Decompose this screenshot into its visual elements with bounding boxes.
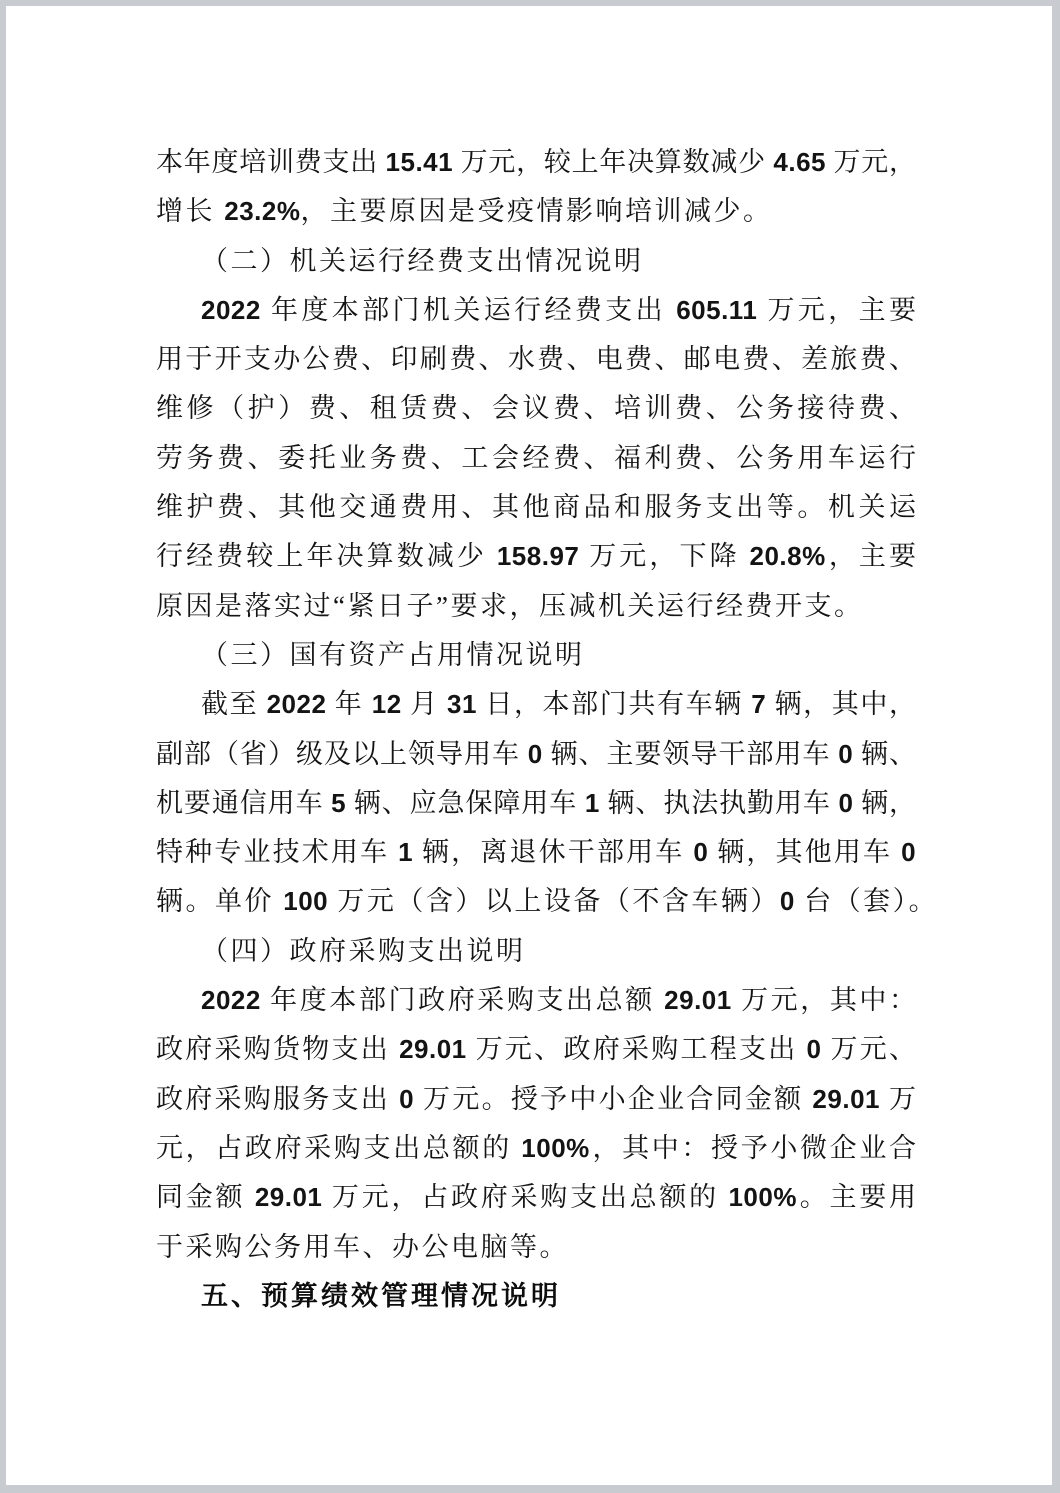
text-line: 本年度培训费支出 15.41 万元，较上年决算数减少 4.65 万元， [156,138,916,187]
numeric-text: 2022 [267,689,327,719]
text-line: 机要通信用车 5 辆、应急保障用车 1 辆、执法执勤用车 0 辆， [156,779,916,828]
numeric-text: 2022 [201,985,261,1015]
section-heading: （四）政府采购支出说明 [156,927,916,976]
numeric-text: 0 [838,788,853,818]
text-line: 特种专业技术用车 1 辆，离退休干部用车 0 辆，其他用车 0 [156,828,916,877]
text-line: 辆。单价 100 万元（含）以上设备（不含车辆）0 台（套）。 [156,877,916,926]
numeric-text: 0 [399,1084,414,1114]
numeric-text: 0 [807,1034,822,1064]
document-body: 本年度培训费支出 15.41 万元，较上年决算数减少 4.65 万元，增长 23… [156,138,916,1321]
numeric-text: 0 [838,739,853,769]
numeric-text: 100% [728,1182,797,1212]
numeric-text: 2022 [201,295,261,325]
numeric-text: 0 [528,739,543,769]
text-line: 用于开支办公费、印刷费、水费、电费、邮电费、差旅费、 [156,335,916,384]
numeric-text: 1 [585,788,600,818]
chapter-heading: 五、预算绩效管理情况说明 [156,1272,916,1321]
text-line: 维修（护）费、租赁费、会议费、培训费、公务接待费、 [156,384,916,433]
text-line: 于采购公务用车、办公电脑等。 [156,1223,916,1272]
numeric-text: 31 [447,689,477,719]
numeric-text: 5 [331,788,346,818]
numeric-text: 4.65 [773,147,826,177]
text-line: 政府采购服务支出 0 万元。授予中小企业合同金额 29.01 万 [156,1075,916,1124]
numeric-text: 29.01 [664,985,732,1015]
numeric-text: 20.8% [750,541,826,571]
numeric-text: 100 [283,886,328,916]
text-line: 行经费较上年决算数减少 158.97 万元，下降 20.8%，主要 [156,532,916,581]
document-page: 本年度培训费支出 15.41 万元，较上年决算数减少 4.65 万元，增长 23… [6,6,1052,1485]
text-line: 2022 年度本部门机关运行经费支出 605.11 万元，主要 [156,286,916,335]
text-line: 2022 年度本部门政府采购支出总额 29.01 万元，其中： [156,976,916,1025]
text-line: 原因是落实过“紧日子”要求，压减机关运行经费开支。 [156,582,916,631]
numeric-text: 158.97 [497,541,580,571]
text-line: 元，占政府采购支出总额的 100%，其中：授予小微企业合 [156,1124,916,1173]
text-line: 维护费、其他交通费用、其他商品和服务支出等。机关运 [156,483,916,532]
numeric-text: 0 [901,837,916,867]
numeric-text: 1 [398,837,413,867]
numeric-text: 15.41 [386,147,454,177]
text-line: 截至 2022 年 12 月 31 日，本部门共有车辆 7 辆，其中， [156,680,916,729]
text-line: 副部（省）级及以上领导用车 0 辆、主要领导干部用车 0 辆、 [156,730,916,779]
section-heading: （二）机关运行经费支出情况说明 [156,237,916,286]
text-line: 增长 23.2%，主要原因是受疫情影响培训减少。 [156,187,916,236]
numeric-text: 23.2% [224,196,300,226]
numeric-text: 100% [521,1133,590,1163]
numeric-text: 29.01 [812,1084,880,1114]
text-line: 同金额 29.01 万元，占政府采购支出总额的 100%。主要用 [156,1173,916,1222]
numeric-text: 0 [780,886,795,916]
numeric-text: 0 [693,837,708,867]
text-line: 政府采购货物支出 29.01 万元、政府采购工程支出 0 万元、 [156,1025,916,1074]
text-line: 劳务费、委托业务费、工会经费、福利费、公务用车运行 [156,434,916,483]
numeric-text: 7 [751,689,766,719]
numeric-text: 605.11 [676,295,757,325]
numeric-text: 12 [372,689,402,719]
numeric-text: 29.01 [255,1182,323,1212]
page-frame: 本年度培训费支出 15.41 万元，较上年决算数减少 4.65 万元，增长 23… [0,0,1060,1493]
numeric-text: 29.01 [399,1034,467,1064]
section-heading: （三）国有资产占用情况说明 [156,631,916,680]
